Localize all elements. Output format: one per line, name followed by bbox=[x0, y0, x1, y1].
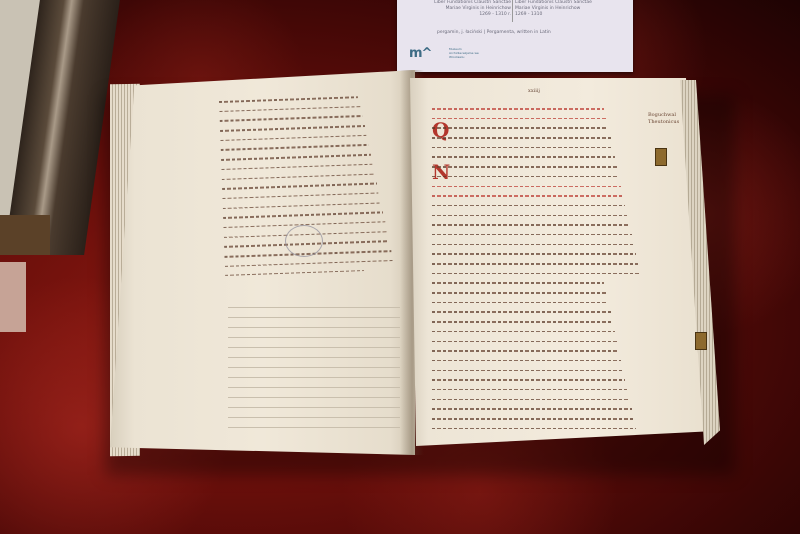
label-column-polish: Liber Fundationis Claustri Sanctae Maria… bbox=[401, 0, 511, 18]
script-line bbox=[432, 186, 621, 188]
script-line bbox=[432, 215, 627, 217]
script-line bbox=[221, 144, 369, 151]
label-material-line: pergamin, j. łaciński | Pergamenta, writ… bbox=[437, 30, 627, 35]
script-line bbox=[432, 224, 629, 226]
script-line bbox=[221, 154, 371, 161]
script-line bbox=[220, 135, 366, 142]
script-line bbox=[432, 418, 634, 420]
script-line bbox=[220, 115, 363, 121]
label-date: 1269 - 1310 r. bbox=[401, 12, 511, 18]
library-stamp-icon bbox=[285, 225, 323, 257]
script-line bbox=[432, 370, 623, 372]
label-column-english: Liber Fundationis Claustri Sanctae Maria… bbox=[515, 0, 625, 18]
right-page-text bbox=[432, 108, 642, 433]
right-page: xxiiij Q N Boguchwal Theutonicus Day ut … bbox=[410, 78, 710, 446]
script-line bbox=[432, 379, 625, 381]
script-line bbox=[225, 260, 393, 267]
script-line bbox=[222, 192, 378, 199]
script-line bbox=[219, 106, 360, 112]
script-line bbox=[432, 244, 634, 246]
script-line bbox=[222, 183, 377, 190]
script-line bbox=[432, 292, 606, 294]
script-line bbox=[219, 96, 358, 102]
script-line bbox=[432, 311, 611, 313]
manuscript-book: xxiiij Q N Boguchwal Theutonicus Day ut … bbox=[110, 70, 725, 460]
script-line bbox=[223, 212, 383, 219]
script-line bbox=[220, 125, 364, 132]
script-line bbox=[223, 202, 381, 209]
script-line bbox=[432, 205, 625, 207]
label-date: 1269 - 1310 bbox=[515, 12, 625, 18]
script-line bbox=[432, 127, 608, 129]
script-line bbox=[432, 166, 617, 168]
script-line bbox=[432, 321, 613, 323]
running-head: xxiiij bbox=[528, 88, 540, 94]
script-line bbox=[432, 234, 632, 236]
script-line bbox=[432, 253, 636, 255]
label-divider bbox=[512, 0, 513, 22]
script-line bbox=[432, 156, 615, 158]
script-line bbox=[432, 428, 636, 430]
script-line bbox=[432, 350, 619, 352]
script-line bbox=[432, 137, 611, 139]
museum-logo-caption: Muzeum Archidiecezjalne we Wrocławiu bbox=[449, 47, 479, 59]
highlight-phrase: Day ut ia pobrusa a ti poziwai bbox=[410, 78, 411, 79]
museum-logo-icon: m^ bbox=[409, 46, 431, 61]
script-line bbox=[432, 263, 638, 265]
script-line bbox=[432, 399, 629, 401]
script-line bbox=[222, 173, 375, 180]
script-line bbox=[432, 195, 623, 197]
script-line bbox=[225, 270, 364, 275]
left-page bbox=[110, 70, 415, 455]
script-line bbox=[432, 176, 619, 178]
museum-label-card: Liber Fundationis Claustri Sanctae Maria… bbox=[397, 0, 633, 72]
script-line bbox=[432, 273, 640, 275]
script-line bbox=[432, 389, 627, 391]
book-clasp bbox=[655, 148, 667, 166]
script-line bbox=[221, 164, 372, 171]
script-line bbox=[432, 360, 621, 362]
script-line bbox=[432, 331, 615, 333]
ruled-blank-lines bbox=[228, 298, 400, 428]
book-clasp bbox=[695, 332, 707, 350]
script-line bbox=[432, 282, 604, 284]
script-line bbox=[432, 108, 604, 110]
script-line bbox=[432, 408, 632, 410]
side-label-card bbox=[0, 262, 26, 332]
display-case-base bbox=[0, 215, 50, 255]
script-line bbox=[432, 147, 613, 149]
script-line bbox=[432, 118, 606, 120]
script-line bbox=[432, 302, 608, 304]
script-line bbox=[432, 341, 617, 343]
